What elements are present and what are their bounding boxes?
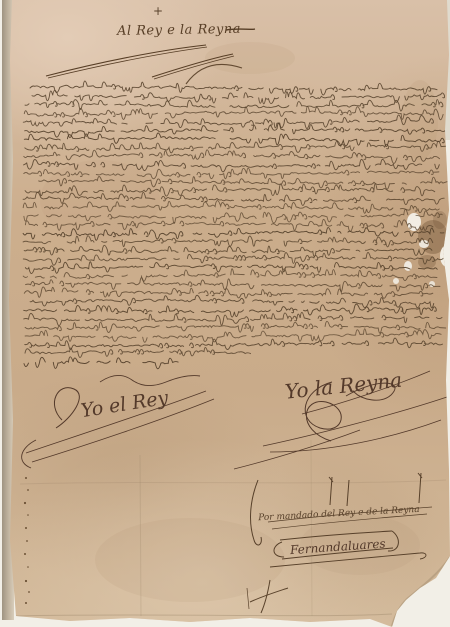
manuscript-scan: + Al Rey e la Reyna Yo el Rey Yo la <box>0 0 450 627</box>
parchment-sheet <box>0 0 450 627</box>
